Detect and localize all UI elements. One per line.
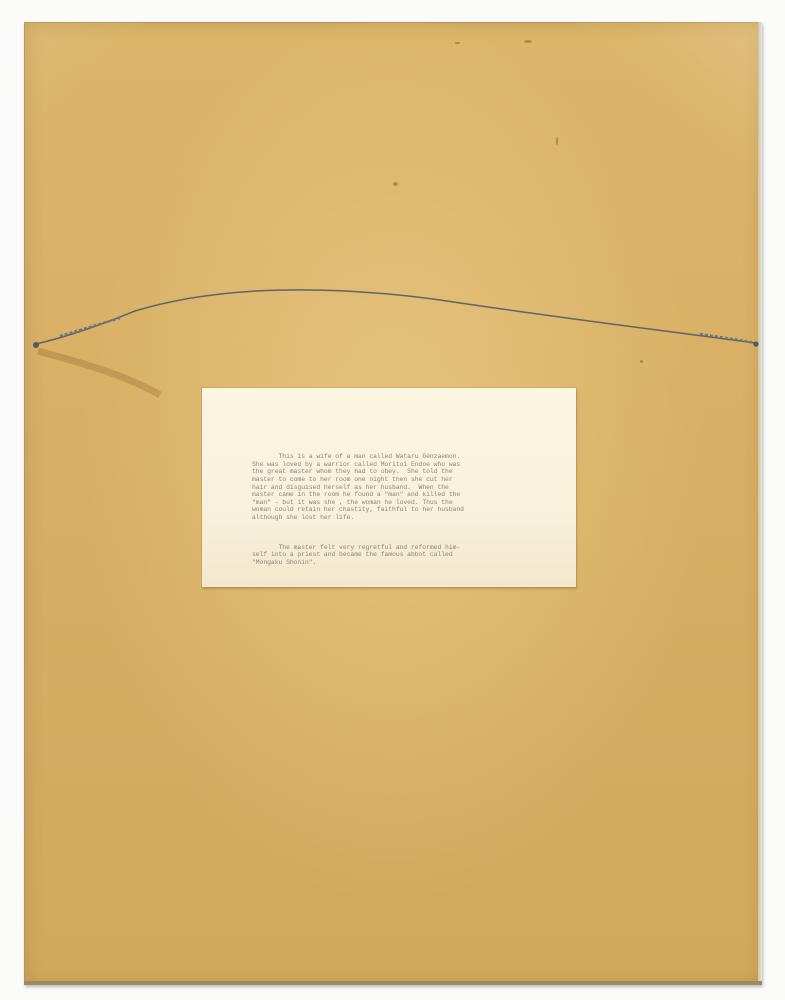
label-paragraph-1: This is a wife of a man called Wataru Ge… [252,453,512,521]
frame-edge-right [758,22,762,985]
label-text: This is a wife of a man called Wataru Ge… [252,438,512,582]
stain-spot [640,360,643,363]
stain-spot [393,182,398,186]
stain-spot [556,137,558,145]
typed-paper-label: This is a wife of a man called Wataru Ge… [202,388,576,587]
frame-edge-bottom [24,981,762,985]
stain-spot [524,40,532,43]
label-paragraph-2: The master felt very regretful and refor… [252,544,512,567]
stain-spot [455,42,460,44]
